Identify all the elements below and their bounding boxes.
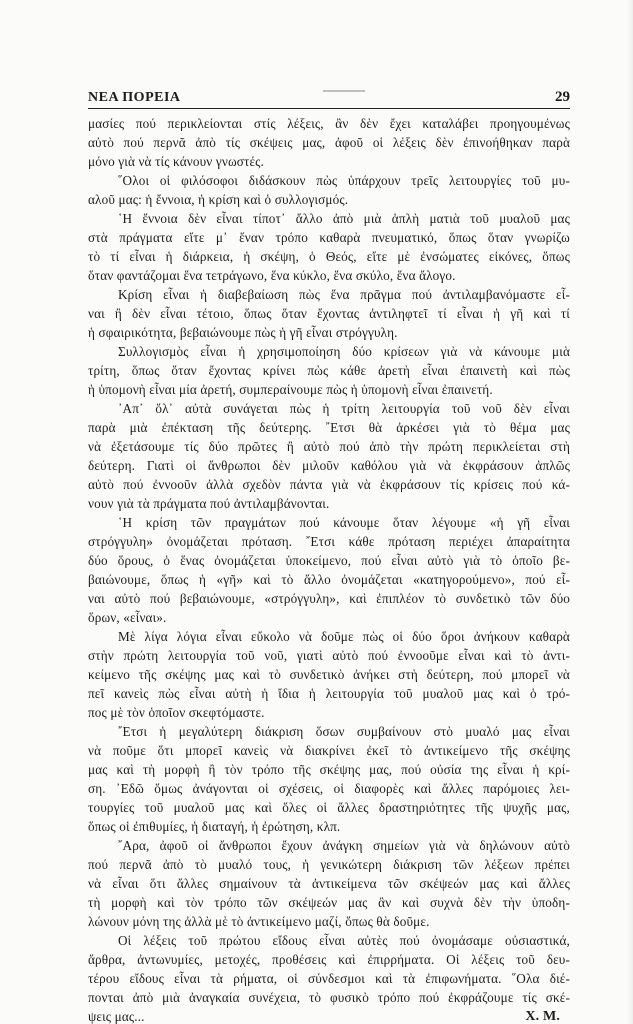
text-line: τουργίες τοῦ μυαλοῦ μας καὶ ὅλες οἱ ἄλλε…	[88, 798, 570, 817]
text-line: τὴ μορφὴ καὶ τὸν τρόπο τῶν σκέψεών μας ἂ…	[88, 893, 570, 912]
text-line: μασίες πού περικλείονται στίς λέξεις, ἂν…	[88, 114, 570, 133]
text-line: τὸ τί εἶναι ἡ διάρκεια, ἡ σκέψη, ὁ Θεός,…	[88, 247, 570, 266]
text-line: αὐτὸ πού ἐννοοῦν ἀλλὰ σχεδὸν πάντα γιὰ ν…	[88, 475, 570, 494]
text-line: δεύτερη. Γιατὶ οἱ ἄνθρωποι δὲν μιλοῦν κα…	[88, 456, 570, 475]
text-line: βαιώνουμε, ὅπως ἡ «γῆ» καὶ τὸ ἄλλο ὀνομά…	[88, 570, 570, 589]
text-line: αλοῦ μας: ἡ ἔννοια, ἡ κρίση καὶ ὁ συλλογ…	[88, 190, 570, 209]
text-line: νὰ εἶναι ὅτι ἄλλες σημαίνουν τὰ ἀντικείμ…	[88, 874, 570, 893]
paragraph: Κρίση εἶναι ἡ διαβεβαίωση πὼς ἕνα πρᾶγμα…	[88, 285, 570, 342]
text-line: κείμενο τῆς σκέψης μας καὶ τὸ συνδετικὸ …	[88, 665, 570, 684]
paragraph: Μὲ λίγα λόγια εἶναι εὔκολο νὰ δοῦμε πὼς …	[88, 627, 570, 722]
text-line: ἡ ὑπομονὴ εἶναι μία ἀρετή, συμπεραίνουμε…	[88, 380, 570, 399]
text-line: στὰ πράγματα εἴτε μ᾽ ἕναν τρόπο καθαρὰ π…	[88, 228, 570, 247]
text-line: δύο ὅρους, ὁ ἕνας ὀνομάζεται ὑποκείμενο,…	[88, 551, 570, 570]
text-line: μόνο γιὰ νὰ τίς κάνουν γνωστές.	[88, 152, 570, 171]
text-line: νὰ ἐξετάσουμε τίς δύο πρῶτες ἢ αὐτὸ πού …	[88, 437, 570, 456]
document-page: ΝΕΑ ΠΟΡΕΙΑ 29 μασίες πού περικλείονται σ…	[88, 86, 570, 1024]
text-line: νὰ ποῦμε ὅτι μπορεῖ κανεὶς νὰ διακρίνει …	[88, 741, 570, 760]
text-line: ναι ἢ δὲν εἶναι τέτοιο, ὅπως ὅταν ἔχοντα…	[88, 304, 570, 323]
text-line: στὴν πρώτη λειτουργία τοῦ νοῦ, γιατὶ αὐτ…	[88, 646, 570, 665]
paragraph: Συλλογισμὸς εἶναι ἡ χρησιμοποίηση δύο κρ…	[88, 342, 570, 399]
text-line: στρόγγυλη» ὀνομάζεται πρόταση. ῎Ετσι κάθ…	[88, 532, 570, 551]
text-line: πεῖ κανεὶς πὼς εἶναι αὐτὴ ἡ ἴδια ἡ λειτο…	[88, 684, 570, 703]
paragraph: μασίες πού περικλείονται στίς λέξεις, ἂν…	[88, 114, 570, 171]
text-line: αὐτὸ πού περνᾶ ἀπὸ τίς σκέψεις μας, ἀφοῦ…	[88, 133, 570, 152]
text-line: πονται ἀπὸ μιὰ ἀναγκαία συνέχεια, τὸ φυσ…	[88, 988, 570, 1007]
text-line: παρὰ μιὰ ἐπέκταση τῆς δεύτερης. ῎Ετσι θὰ…	[88, 418, 570, 437]
article-body: μασίες πού περικλείονται στίς λέξεις, ἂν…	[88, 114, 570, 1007]
paragraph: ῾Η ἔννοια δὲν εἶναι τίποτ᾽ ἄλλο ἀπὸ μιὰ …	[88, 209, 570, 285]
text-line: πος μὲ τὸν ὁποῖον σκεφτόμαστε.	[88, 703, 570, 722]
text-line: ῾Η ἔννοια δὲν εἶναι τίποτ᾽ ἄλλο ἀπὸ μιὰ …	[88, 209, 570, 228]
text-line: ὅταν φαντάζομαι ἕνα τετράγωνο, ἕνα κύκλο…	[88, 266, 570, 285]
text-line: ῾Η κρίση τῶν πραγμάτων πού κάνουμε ὅταν …	[88, 513, 570, 532]
text-line: Οἱ λέξεις τοῦ πρώτου εἴδους εἶναι αὐτὲς …	[88, 931, 570, 950]
paragraph: ῎Αρα, ἀφοῦ οἱ ἄνθρωποι ἔχουν ἀνάγκη σημε…	[88, 836, 570, 931]
author-signature: Χ. Μ.	[525, 1007, 570, 1024]
text-line: ῎Αρα, ἀφοῦ οἱ ἄνθρωποι ἔχουν ἀνάγκη σημε…	[88, 836, 570, 855]
text-line: ναι αὐτὸ πού βεβαιώνουμε, «στρόγγυλη», κ…	[88, 589, 570, 608]
text-line: ῎Ετσι ἡ μεγαλύτερη διάκριση ὅσων συμβαίν…	[88, 722, 570, 741]
running-title: ΝΕΑ ΠΟΡΕΙΑ	[88, 90, 181, 106]
text-line: ἄρθρα, ἀντωνυμίες, μετοχές, προθέσεις κα…	[88, 950, 570, 969]
paragraph: ῾Η κρίση τῶν πραγμάτων πού κάνουμε ὅταν …	[88, 513, 570, 627]
paragraph: ῎Ετσι ἡ μεγαλύτερη διάκριση ὅσων συμβαίν…	[88, 722, 570, 836]
paragraph: ῞Ολοι οἱ φιλόσοφοι διδάσκουν πὼς ὑπάρχου…	[88, 171, 570, 209]
page-header: ΝΕΑ ΠΟΡΕΙΑ 29	[88, 86, 570, 109]
paragraph: ᾽Απ᾽ ὅλ᾽ αὐτὰ συνάγεται πὼς ἡ τρίτη λειτ…	[88, 399, 570, 513]
text-line: ῞Ολοι οἱ φιλόσοφοι διδάσκουν πὼς ὑπάρχου…	[88, 171, 570, 190]
closing-line: ψεις μας...	[88, 1007, 145, 1024]
scan-smudge	[323, 90, 365, 92]
text-line: τρίτη, ὅπως ὅταν ἔχοντας κρίνει πὼς κάθε…	[88, 361, 570, 380]
text-line: ὅπως οἱ ἐπιθυμίες, ἡ διαταγή, ἡ ἐρώτηση,…	[88, 817, 570, 836]
text-line: Μὲ λίγα λόγια εἶναι εὔκολο νὰ δοῦμε πὼς …	[88, 627, 570, 646]
page-number: 29	[555, 89, 570, 106]
text-line: ση. ᾽Εδῶ ὅμως ἀνάγονται οἱ σχέσεις, οἱ δ…	[88, 779, 570, 798]
text-line: μας καὶ τὴ μορφὴ ἢ τὸν τρόπο τῆς σκέψης …	[88, 760, 570, 779]
text-line: νουν γιὰ τὰ πράγματα πού ἀντιλαμβάνονται…	[88, 494, 570, 513]
scan-edge-shadow	[627, 0, 633, 1024]
text-line: ὅρων, «εἶναι».	[88, 608, 570, 627]
text-line: λώνουν μόνη της ἀλλὰ μὲ τὸ ἀντικείμενο μ…	[88, 912, 570, 931]
text-line: ἡ σφαιρικότητα, βεβαιώνουμε πὼς ἡ γῆ εἶν…	[88, 323, 570, 342]
text-line: Συλλογισμὸς εἶναι ἡ χρησιμοποίηση δύο κρ…	[88, 342, 570, 361]
text-line: τέρου εἴδους εἶναι τὰ ρήματα, οἱ σύνδεσμ…	[88, 969, 570, 988]
text-line: ᾽Απ᾽ ὅλ᾽ αὐτὰ συνάγεται πὼς ἡ τρίτη λειτ…	[88, 399, 570, 418]
closing-row: ψεις μας... Χ. Μ.	[88, 1007, 570, 1024]
paragraph: Οἱ λέξεις τοῦ πρώτου εἴδους εἶναι αὐτὲς …	[88, 931, 570, 1007]
text-line: πού περνᾶ ἀπὸ τὸ μυαλό τους, ἡ γενικώτερ…	[88, 855, 570, 874]
text-line: Κρίση εἶναι ἡ διαβεβαίωση πὼς ἕνα πρᾶγμα…	[88, 285, 570, 304]
